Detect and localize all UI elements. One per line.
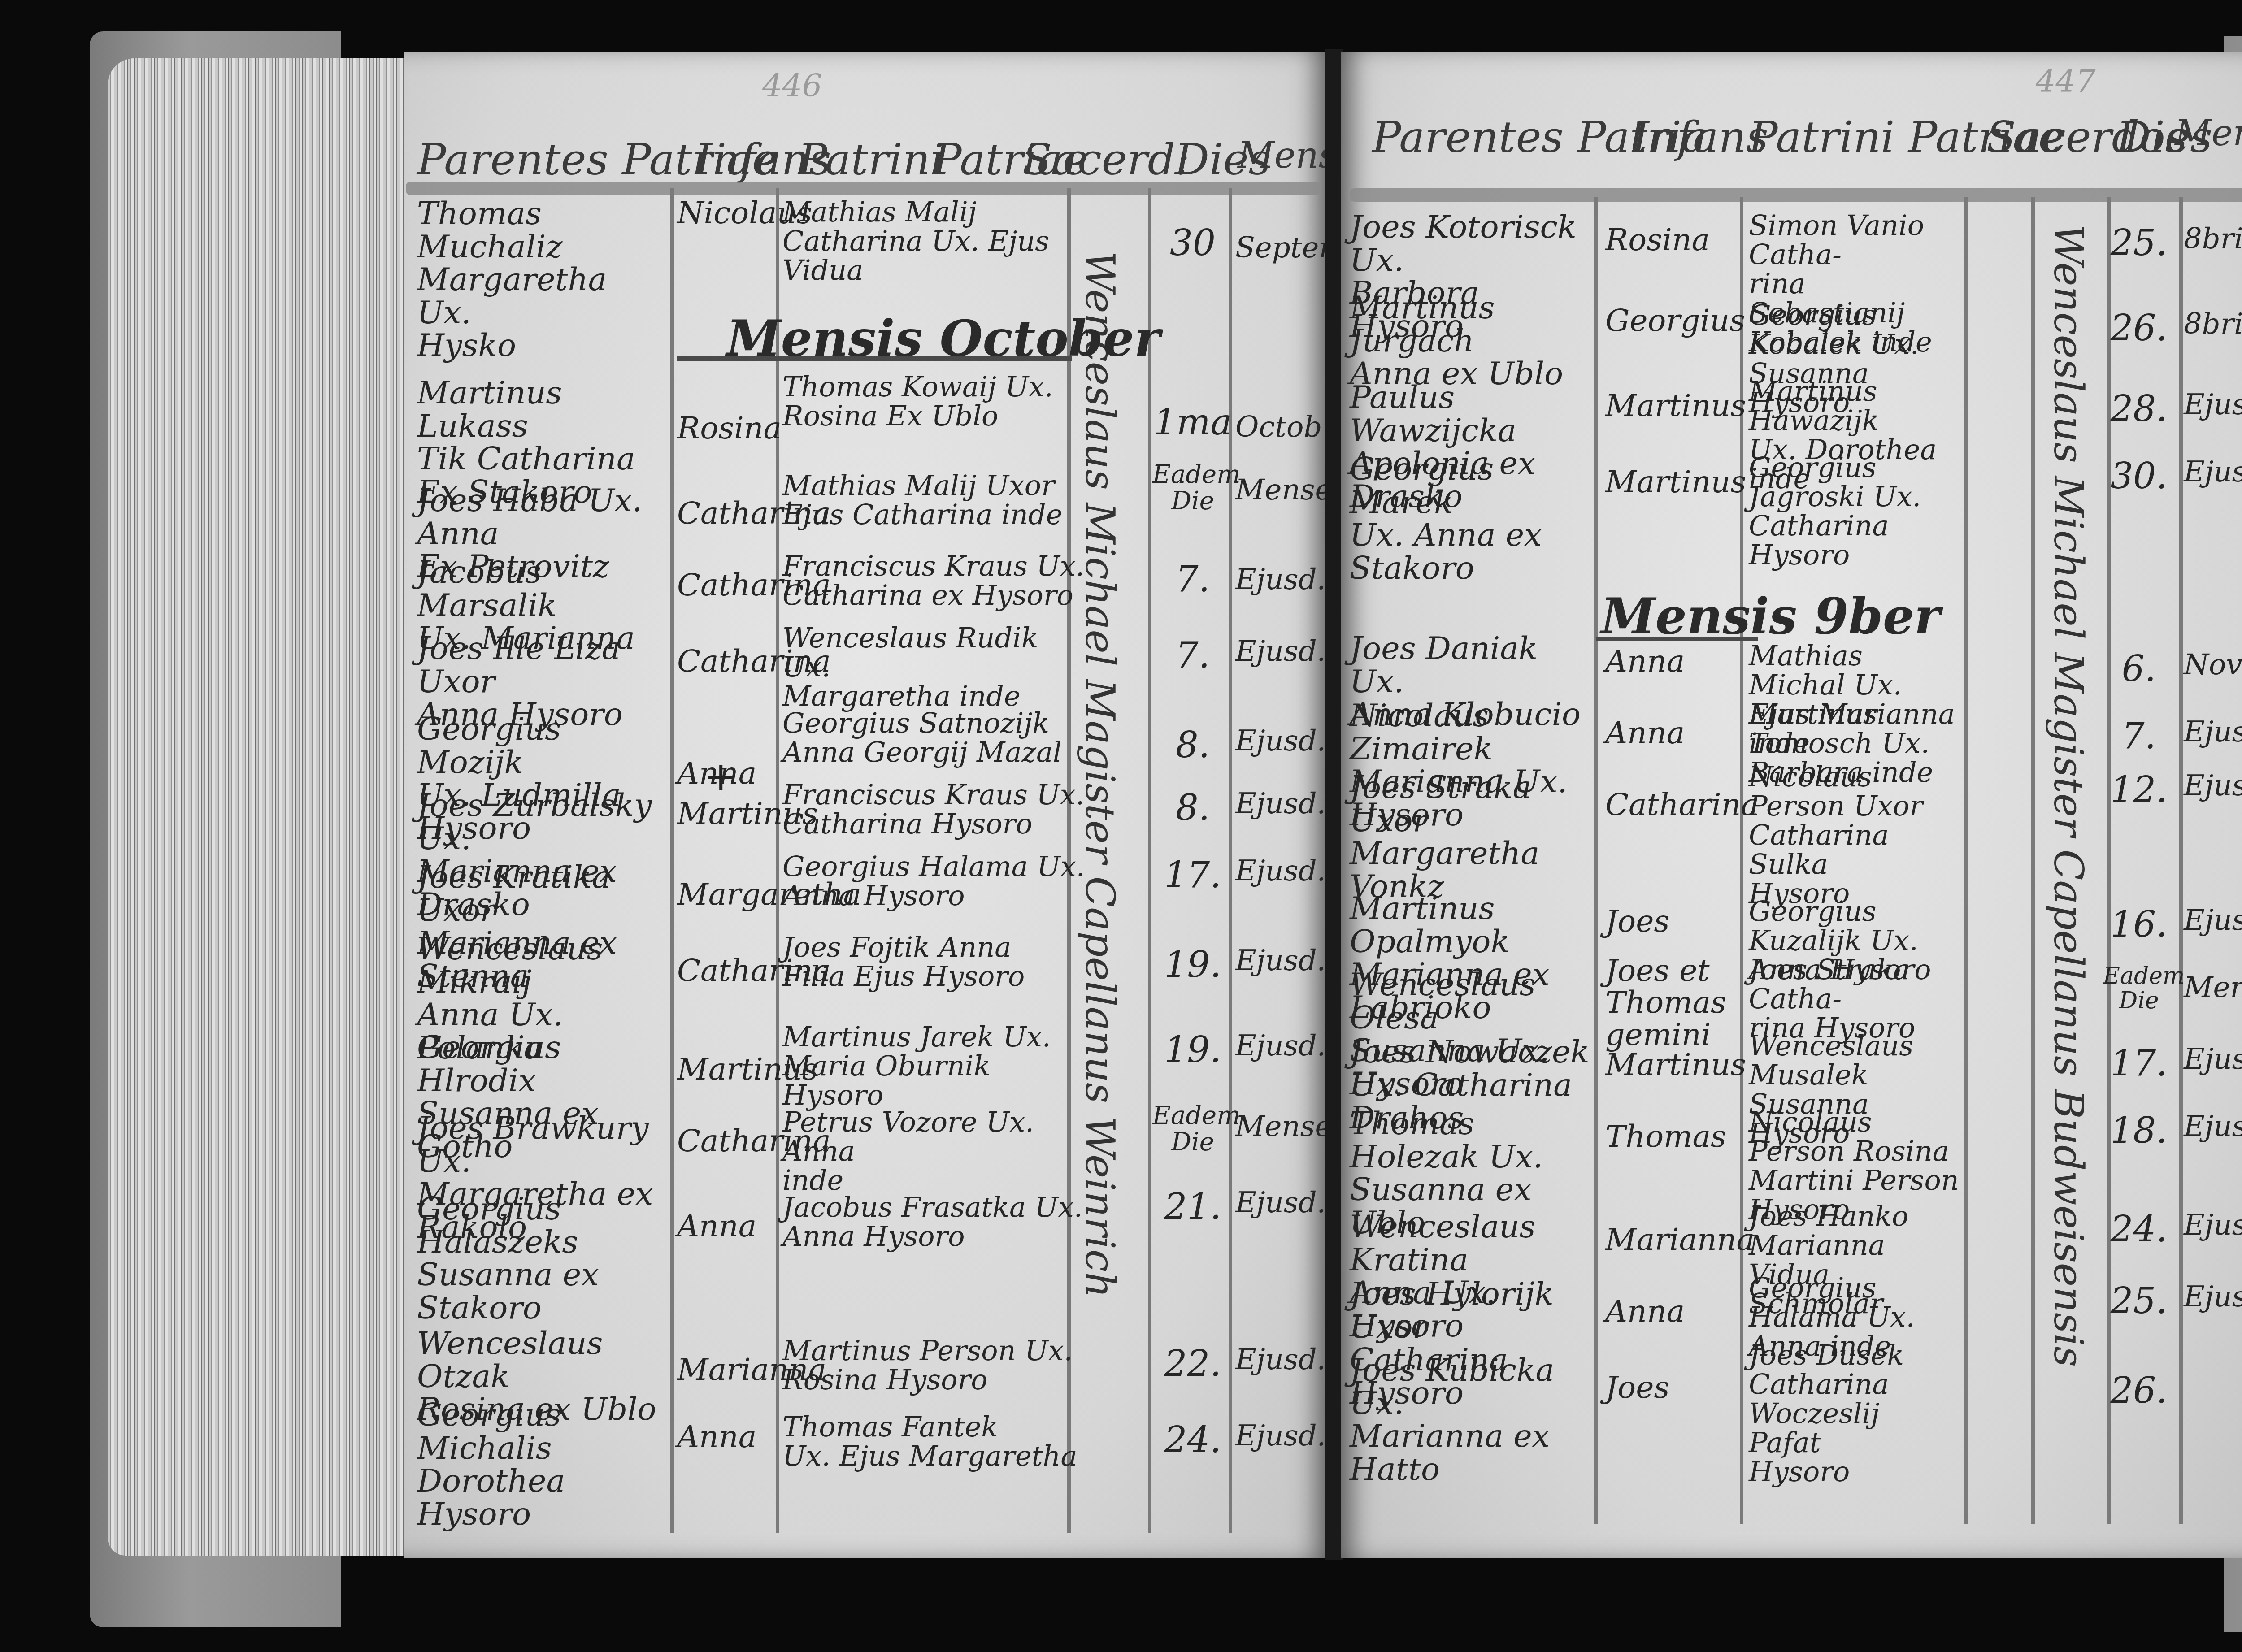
entry-dies: 25. [2103,1282,2175,1320]
entry-infans: Anna [677,1421,785,1453]
entry-dies: 6. [2103,650,2175,688]
entry-dies: 30. [2103,457,2175,495]
entry-mensis: 8bris [2184,224,2242,254]
page-number-left: 446 [762,67,822,104]
entry-infans: Catharina [677,955,785,987]
entry-mensis: Ejusd. [2184,906,2242,936]
entry-mensis: 8bris [2184,309,2242,339]
right-section-underline [1596,637,1758,641]
entry-infans: Anna [1605,1296,1713,1327]
entry-parentes: Georgius Halaszeks Susanna ex Stakoro [417,1192,668,1324]
entry-patrini: Georgius Satnozijk Anna Georgij Mazal [782,708,1092,767]
entry-parentes: Georgius Michalis Dorothea Hysoro [417,1399,668,1531]
entry-infans: Catharina [677,569,785,601]
entry-patrini: Petrus Vozore Ux. Anna inde [782,1107,1092,1195]
entry-dies: 7. [2103,717,2175,755]
entry-infans: Rosina [1605,224,1713,256]
left-col-divider-1 [670,188,674,1533]
entry-infans: Catharina [677,1125,785,1157]
entry-parentes: Georgius Marek Ux. Anna ex Stakoro [1350,453,1601,585]
right-col-divider-6 [2179,197,2183,1524]
entry-dies: Eadem Die [2103,964,2175,1013]
entry-infans: Marianna [677,1354,785,1386]
entry-dies: 22. [1152,1345,1233,1383]
entry-patrini: Mathias Malij Catharina Ux. Ejus Vidua [782,197,1092,285]
left-header-patrini: Patrini [798,134,944,185]
entry-dies: 21. [1152,1188,1233,1226]
entry-dies: 28. [2103,390,2175,428]
entry-dies: Eadem Die [1152,1103,1233,1156]
entry-infans: Catharina [677,646,785,677]
entry-infans: Martinus [1605,466,1713,498]
entry-dies: 19. [1152,1031,1233,1069]
left-section-underline [677,356,1072,361]
entry-parentes: Thomas Muchaliz Margaretha Ux. Hysko [417,197,668,362]
entry-patrini: Franciscus Kraus Ux. Catharina Hysoro [782,780,1092,838]
left-header-sacerd: Sacerd: [1022,134,1190,185]
entry-patrini: Joes Fojtik Anna Filia Ejus Hysoro [782,932,1092,991]
entry-dies: 12. [2103,771,2175,809]
entry-dies: 30 [1152,224,1233,262]
entry-dies: 25. [2103,224,2175,262]
right-header-mensis: Mensis [2175,112,2242,154]
entry-mensis: Ejusd. [2184,1210,2242,1240]
entry-mensis: Novem. [2184,650,2242,680]
entry-mensis: Ejusd. [2184,390,2242,420]
entry-infans: Martinus [1605,1049,1713,1081]
entry-mensis: Ejusd. [2184,1282,2242,1312]
entry-mensis: Ejusd. [2184,1045,2242,1075]
page-edges-left [108,58,421,1556]
entry-dies: 19. [1152,946,1233,984]
entry-mensis: Ejusd. [2184,1112,2242,1142]
entry-infans: Marianna [1605,1224,1713,1256]
entry-infans: Margaretha [677,879,785,911]
entry-patrini: Martinus Jarek Ux. Maria Oburnik Hysoro [782,1022,1092,1110]
entry-dies: Eadem Die [1152,462,1233,515]
entry-parentes: Joes Straka Uxor Margaretha Vonkz [1350,771,1601,903]
entry-dies: 8. [1152,789,1233,827]
entry-patrini: Joes Dusek Catharina Woczeslij Pafat Hys… [1749,1340,1960,1486]
entry-dies: 24. [2103,1210,2175,1248]
entry-mensis: Ejusd. [2184,717,2242,747]
entry-dies: 16. [2103,906,2175,943]
entry-patrini: Wenceslaus Rudik Ux. Margaretha inde [782,623,1092,711]
left-col-divider-2 [776,188,779,1533]
entry-dies: 1ma [1152,403,1233,441]
entry-infans: Anna [677,758,785,789]
entry-infans: Catharina [1605,789,1713,821]
entry-dies: 7. [1152,560,1233,598]
entry-dies: 7. [1152,637,1233,674]
entry-patrini: Georgius Halama Ux. Anna Hysoro [782,852,1092,910]
left-col-divider-4 [1148,188,1151,1533]
left-header-rule [406,182,1321,195]
entry-infans: Catharina [677,498,785,529]
right-col-divider-3 [1964,197,1968,1524]
entry-infans: Nicolaus [677,197,785,229]
entry-dies: 26. [2103,309,2175,347]
entry-infans: Anna [1605,717,1713,749]
entry-dies: 8. [1152,726,1233,764]
entry-dies: 26. [2103,1372,2175,1409]
entry-infans: Martinus [677,798,785,830]
entry-parentes: Joes Kubicka Ux. Marianna ex Hatto [1350,1354,1601,1486]
entry-patrini: Franciscus Kraus Ux. Catharina ex Hysoro [782,551,1092,610]
entry-patrini: Martinus Person Ux. Rosina Hysoro [782,1336,1092,1394]
entry-mensis: Mense [2184,973,2242,1003]
entry-infans: Joes [1605,906,1713,937]
entry-infans: Rosina [677,412,785,444]
right-priest-vertical: Wenceslaus Michael Magister Capellanus B… [2045,224,2092,1255]
entry-dies: 18. [2103,1112,2175,1149]
entry-mensis: Ejusd. [2184,771,2242,801]
right-header-infans: Infans [1632,112,1768,162]
entry-infans: Georgius [1605,305,1713,337]
entry-parentes: Martinus Jurgach Anna ex Ublo [1350,291,1601,390]
entry-patrini: Thomas Kowaij Ux. Rosina Ex Ublo [782,372,1092,430]
entry-mensis: Ejus. [2184,457,2242,487]
entry-patrini: Nicolaus Person Uxor Catharina Sulka Hys… [1749,762,1960,908]
entry-infans: Joes [1605,1372,1713,1404]
right-col-divider-4 [2031,197,2035,1524]
entry-infans: Joes et Thomas gemini [1605,955,1713,1051]
entry-patrini: Thomas Fantek Ux. Ejus Margaretha [782,1412,1092,1470]
entry-patrini: Jacobus Frasatka Ux. Anna Hysoro [782,1192,1092,1251]
entry-infans: Martinus [677,1054,785,1085]
entry-patrini: Georgius Jagroski Ux. Catharina Hysoro [1749,453,1960,569]
book-gutter [1325,49,1343,1560]
entry-dies: 17. [1152,856,1233,894]
entry-patrini: Mathias Malij Uxor Ejus Catharina inde [782,471,1092,529]
page-number-right: 447 [2036,63,2096,100]
entry-infans: Anna [1605,646,1713,677]
entry-infans: Martinus [1605,390,1713,422]
entry-dies: 24. [1152,1421,1233,1459]
entry-infans: Anna [677,1210,785,1242]
entry-dies: 17. [2103,1045,2175,1082]
entry-infans: Thomas [1605,1121,1713,1153]
